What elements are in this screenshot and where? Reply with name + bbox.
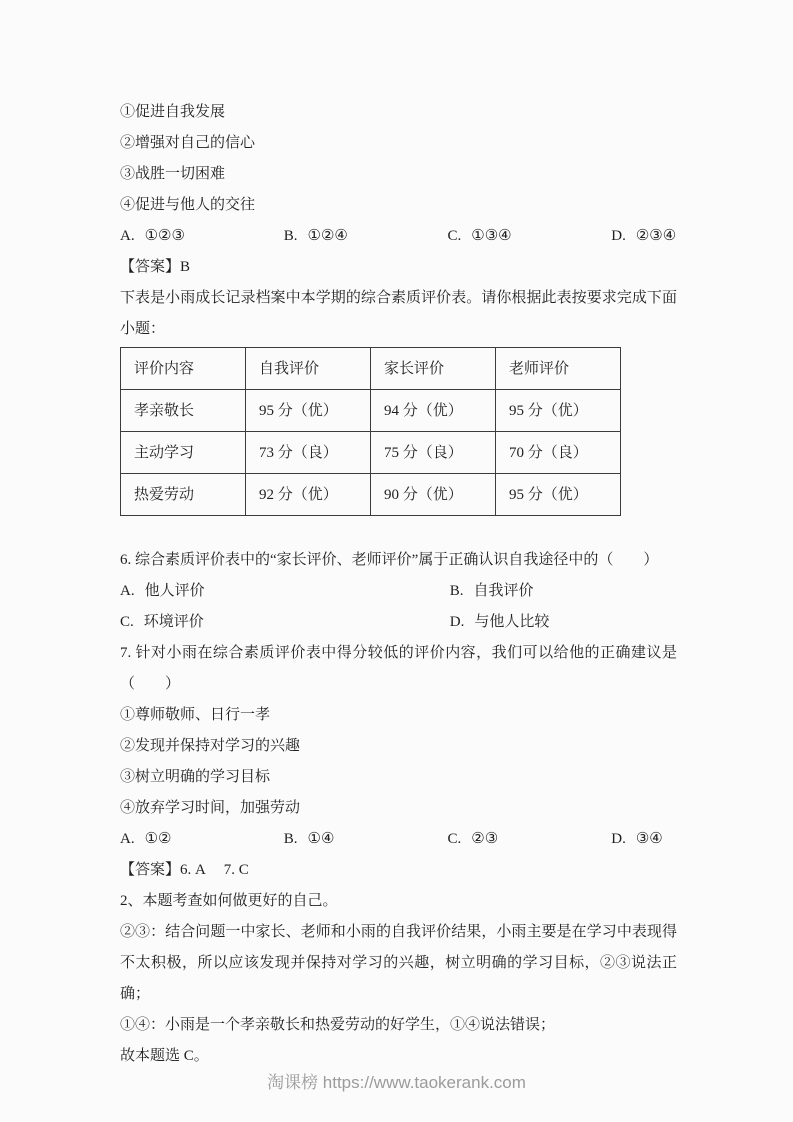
q5-option-d: D.②③④ bbox=[611, 221, 677, 252]
q5-option-b-value: ①②④ bbox=[308, 228, 348, 244]
table-header-row: 评价内容 自我评价 家长评价 老师评价 bbox=[121, 348, 621, 390]
analysis-paragraph-2: ②③：结合问题一中家长、老师和小雨的自我评价结果，小雨主要是在学习中表现得不太积… bbox=[120, 917, 677, 1010]
q7-item-1: ①尊师敬师、日行一孝 bbox=[120, 700, 677, 731]
evaluation-table: 评价内容 自我评价 家长评价 老师评价 孝亲敬长 95 分（优） 94 分（优）… bbox=[120, 347, 621, 516]
q7-option-c: C.②③ bbox=[448, 824, 612, 855]
q6-option-d-label: D. bbox=[450, 607, 465, 638]
q5-item-4: ④促进与他人的交往 bbox=[120, 190, 677, 221]
q7-option-d-value: ③④ bbox=[636, 831, 663, 847]
q6-option-c-value: 环境评价 bbox=[144, 614, 204, 630]
q5-item-2: ②增强对自己的信心 bbox=[120, 128, 677, 159]
table-cell: 73 分（良） bbox=[246, 432, 371, 474]
q6-option-b: B.自我评价 bbox=[450, 576, 677, 607]
table-cell: 70 分（良） bbox=[496, 432, 621, 474]
q6-q7-answer-line: 【答案】6. A 7. C bbox=[120, 855, 677, 886]
table-header-cell: 评价内容 bbox=[121, 348, 246, 390]
q7-option-b-label: B. bbox=[284, 824, 298, 855]
q5-option-a-value: ①②③ bbox=[145, 228, 185, 244]
q5-option-c-label: C. bbox=[448, 221, 462, 252]
q7-option-b-value: ①④ bbox=[308, 831, 335, 847]
table-cell: 90 分（优） bbox=[371, 474, 496, 516]
q6-options-row-2: C.环境评价 D.与他人比较 bbox=[120, 607, 677, 638]
q5-answer: 【答案】B bbox=[120, 252, 677, 283]
table-row: 孝亲敬长 95 分（优） 94 分（优） 95 分（优） bbox=[121, 390, 621, 432]
q7-options-row: A.①② B.①④ C.②③ D.③④ bbox=[120, 824, 677, 855]
q5-option-b-label: B. bbox=[284, 221, 298, 252]
q5-item-3: ③战胜一切困难 bbox=[120, 159, 677, 190]
q7-option-d: D.③④ bbox=[611, 824, 677, 855]
q5-option-c-value: ①③④ bbox=[471, 228, 511, 244]
q6-option-a: A.他人评价 bbox=[120, 576, 450, 607]
table-cell: 75 分（良） bbox=[371, 432, 496, 474]
q7-item-4: ④放弃学习时间，加强劳动 bbox=[120, 793, 677, 824]
table-cell: 95 分（优） bbox=[496, 474, 621, 516]
table-cell: 95 分（优） bbox=[246, 390, 371, 432]
q7-option-c-label: C. bbox=[448, 824, 462, 855]
q6-options-row-1: A.他人评价 B.自我评价 bbox=[120, 576, 677, 607]
q7-option-a-value: ①② bbox=[145, 831, 172, 847]
q5-option-d-label: D. bbox=[611, 221, 626, 252]
q5-options-row: A.①②③ B.①②④ C.①③④ D.②③④ bbox=[120, 221, 677, 252]
q5-option-b: B.①②④ bbox=[284, 221, 448, 252]
q5-option-c: C.①③④ bbox=[448, 221, 612, 252]
q7-option-a: A.①② bbox=[120, 824, 284, 855]
exam-document-page: ①促进自我发展 ②增强对自己的信心 ③战胜一切困难 ④促进与他人的交往 A.①②… bbox=[0, 0, 793, 1122]
q7-option-b: B.①④ bbox=[284, 824, 448, 855]
q7-item-2: ②发现并保持对学习的兴趣 bbox=[120, 731, 677, 762]
q5-option-a-label: A. bbox=[120, 221, 135, 252]
q5-option-a: A.①②③ bbox=[120, 221, 284, 252]
table-header-cell: 自我评价 bbox=[246, 348, 371, 390]
table-cell: 孝亲敬长 bbox=[121, 390, 246, 432]
q6-option-c: C.环境评价 bbox=[120, 607, 450, 638]
q6-option-a-label: A. bbox=[120, 576, 135, 607]
q5-item-1: ①促进自我发展 bbox=[120, 97, 677, 128]
q7-stem: 7. 针对小雨在综合素质评价表中得分较低的评价内容，我们可以给他的正确建议是（ … bbox=[120, 638, 677, 700]
table-cell: 主动学习 bbox=[121, 432, 246, 474]
table-cell: 92 分（优） bbox=[246, 474, 371, 516]
evaluation-intro: 下表是小雨成长记录档案中本学期的综合素质评价表。请你根据此表按要求完成下面小题： bbox=[120, 283, 677, 345]
table-cell: 热爱劳动 bbox=[121, 474, 246, 516]
table-cell: 95 分（优） bbox=[496, 390, 621, 432]
q6-option-d: D.与他人比较 bbox=[450, 607, 677, 638]
table-row: 热爱劳动 92 分（优） 90 分（优） 95 分（优） bbox=[121, 474, 621, 516]
table-row: 主动学习 73 分（良） 75 分（良） 70 分（良） bbox=[121, 432, 621, 474]
q6-option-d-value: 与他人比较 bbox=[474, 614, 549, 630]
site-footer: 淘课榜 https://www.taokerank.com bbox=[0, 1068, 793, 1093]
table-header-cell: 老师评价 bbox=[496, 348, 621, 390]
q7-option-c-value: ②③ bbox=[471, 831, 498, 847]
analysis-paragraph-1: 2、本题考查如何做更好的自己。 bbox=[120, 886, 677, 917]
q6-option-b-value: 自我评价 bbox=[474, 583, 534, 599]
document-content: ①促进自我发展 ②增强对自己的信心 ③战胜一切困难 ④促进与他人的交往 A.①②… bbox=[120, 97, 677, 1072]
table-header-cell: 家长评价 bbox=[371, 348, 496, 390]
analysis-paragraph-3: ①④：小雨是一个孝亲敬长和热爱劳动的好学生，①④说法错误； bbox=[120, 1010, 677, 1041]
q6-option-c-label: C. bbox=[120, 607, 134, 638]
q7-option-d-label: D. bbox=[611, 824, 626, 855]
q5-option-d-value: ②③④ bbox=[636, 228, 676, 244]
q6-stem: 6. 综合素质评价表中的“家长评价、老师评价”属于正确认识自我途径中的（ ） bbox=[120, 545, 677, 576]
q7-item-3: ③树立明确的学习目标 bbox=[120, 762, 677, 793]
q6-option-a-value: 他人评价 bbox=[145, 583, 205, 599]
table-cell: 94 分（优） bbox=[371, 390, 496, 432]
q7-option-a-label: A. bbox=[120, 824, 135, 855]
q6-option-b-label: B. bbox=[450, 576, 464, 607]
